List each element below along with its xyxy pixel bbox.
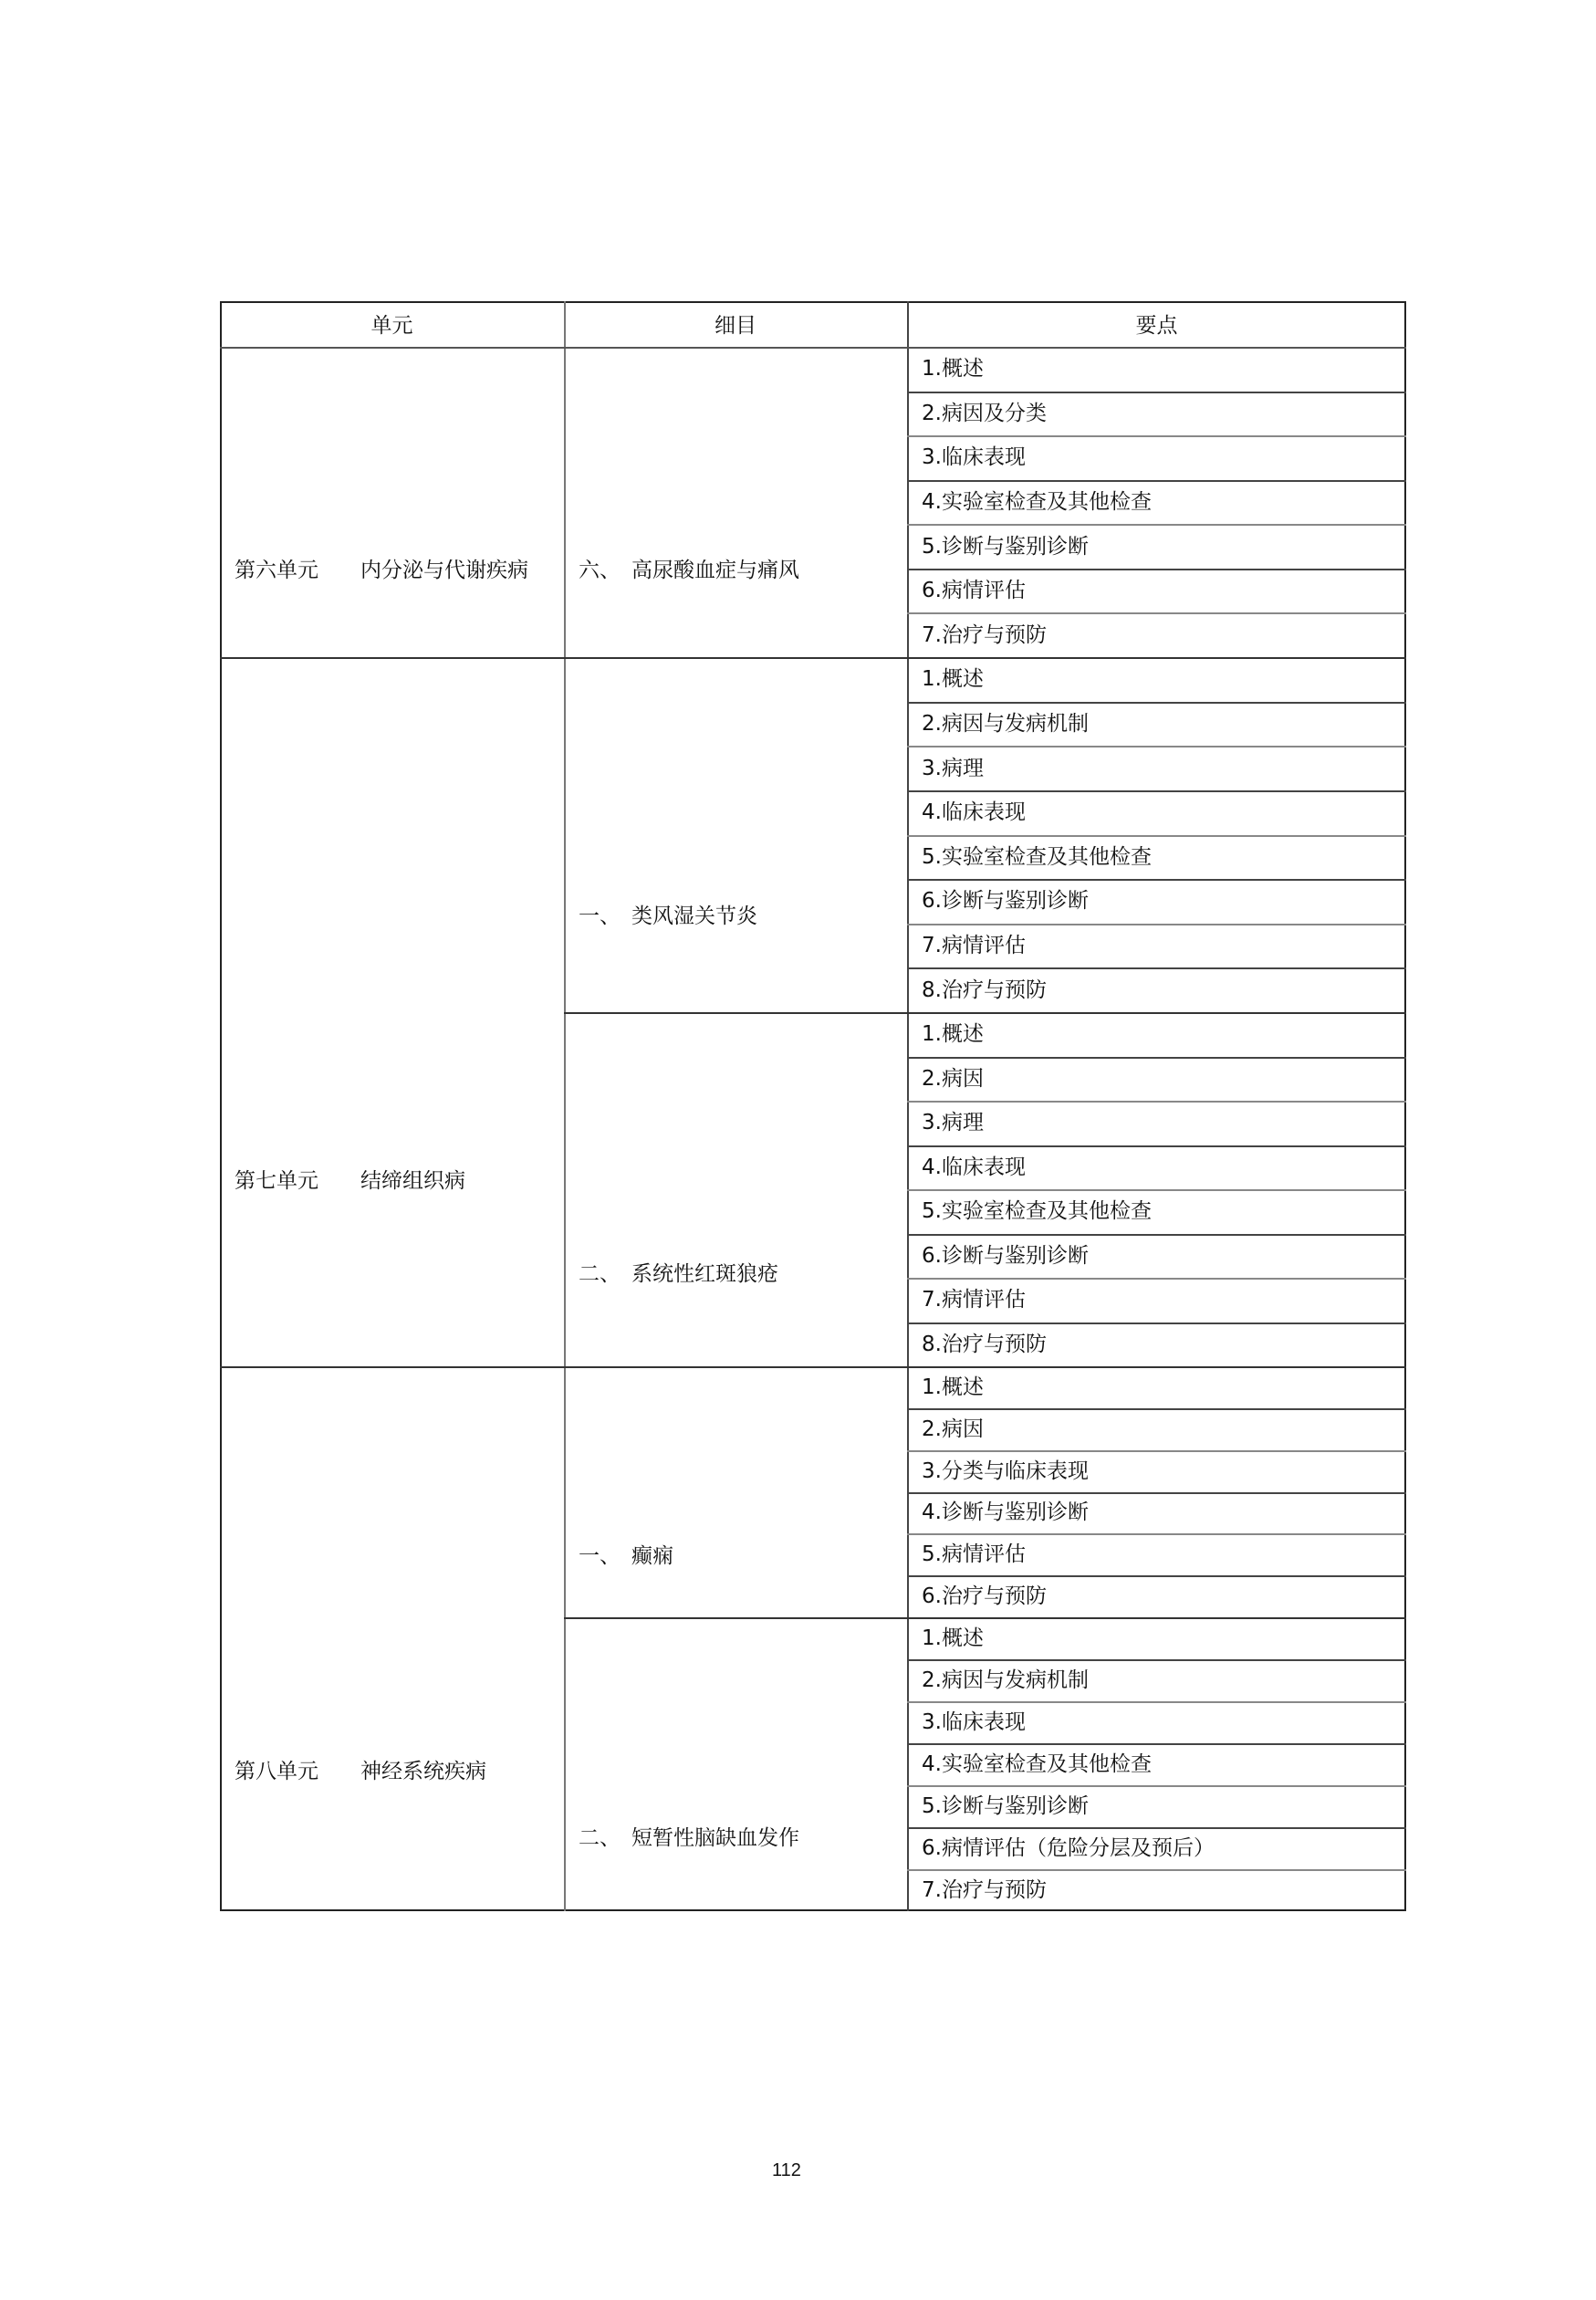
key-point: 6.治疗与预防	[922, 1583, 1047, 1610]
column-divider	[907, 301, 909, 1911]
point-divider	[907, 1701, 1406, 1703]
key-point: 4.诊断与鉴别诊断	[922, 1499, 1089, 1526]
key-point: 7.治疗与预防	[922, 1877, 1047, 1904]
point-divider	[907, 1492, 1406, 1494]
key-point: 1.概述	[922, 1374, 984, 1401]
point-divider	[907, 1659, 1406, 1661]
key-point: 3.临床表现	[922, 1709, 1026, 1736]
point-divider	[907, 1057, 1406, 1059]
point-divider	[907, 1575, 1406, 1577]
item-title: 癫痫	[631, 1542, 673, 1570]
point-divider	[907, 612, 1406, 614]
point-divider	[907, 1408, 1406, 1410]
item-number: 一、	[579, 1542, 621, 1570]
key-point: 4.临床表现	[922, 1154, 1026, 1181]
item-title: 系统性红斑狼疮	[631, 1260, 778, 1288]
syllabus-table	[220, 301, 1406, 1911]
unit-label: 第八单元 神经系统疾病	[235, 1758, 486, 1785]
key-point: 4.实验室检查及其他检查	[922, 1751, 1152, 1778]
key-point: 3.病理	[922, 755, 984, 782]
point-divider	[907, 835, 1406, 837]
key-point: 1.概述	[922, 665, 984, 693]
key-point: 3.病理	[922, 1109, 984, 1136]
point-divider	[907, 1827, 1406, 1829]
point-divider	[907, 1869, 1406, 1871]
item-title: 高尿酸血症与痛风	[631, 557, 799, 584]
header-divider	[220, 347, 1406, 349]
key-point: 2.病因	[922, 1416, 984, 1443]
point-divider	[907, 924, 1406, 925]
key-point: 7.病情评估	[922, 932, 1026, 959]
point-divider	[907, 790, 1406, 792]
key-point: 2.病因与发病机制	[922, 1667, 1089, 1694]
key-point: 7.病情评估	[922, 1286, 1026, 1313]
item-number: 二、	[579, 1824, 621, 1852]
key-point: 6.病情评估	[922, 577, 1026, 604]
item-number: 六、	[579, 557, 621, 584]
point-divider	[907, 1278, 1406, 1280]
item-divider	[564, 1617, 1406, 1619]
point-divider	[907, 480, 1406, 482]
key-point: 3.临床表现	[922, 444, 1026, 471]
point-divider	[907, 1743, 1406, 1745]
unit-label: 第六单元 内分泌与代谢疾病	[235, 557, 528, 584]
key-point: 1.概述	[922, 1625, 984, 1652]
item-title: 类风湿关节炎	[631, 903, 757, 930]
item-divider	[564, 1012, 1406, 1014]
key-point: 8.治疗与预防	[922, 977, 1047, 1004]
point-divider	[907, 1234, 1406, 1236]
point-divider	[907, 1785, 1406, 1787]
column-header: 细目	[564, 312, 907, 340]
key-point: 4.临床表现	[922, 799, 1026, 826]
item-number: 二、	[579, 1260, 621, 1288]
key-point: 5.实验室检查及其他检查	[922, 843, 1152, 871]
key-point: 8.治疗与预防	[922, 1331, 1047, 1358]
item-number: 一、	[579, 903, 621, 930]
point-divider	[907, 1189, 1406, 1191]
point-divider	[907, 392, 1406, 393]
point-divider	[907, 1533, 1406, 1535]
point-divider	[907, 746, 1406, 747]
key-point: 5.实验室检查及其他检查	[922, 1197, 1152, 1225]
point-divider	[907, 1450, 1406, 1452]
page-number: 112	[730, 2160, 843, 2181]
key-point: 5.病情评估	[922, 1541, 1026, 1568]
item-title: 短暂性脑缺血发作	[631, 1824, 799, 1852]
point-divider	[907, 1101, 1406, 1103]
key-point: 1.概述	[922, 1020, 984, 1048]
key-point: 6.病情评估（危险分层及预后）	[922, 1835, 1215, 1862]
key-point: 4.实验室检查及其他检查	[922, 488, 1152, 516]
key-point: 2.病因及分类	[922, 400, 1047, 427]
point-divider	[907, 524, 1406, 526]
key-point: 6.诊断与鉴别诊断	[922, 1242, 1089, 1270]
key-point: 7.治疗与预防	[922, 622, 1047, 649]
key-point: 3.分类与临床表现	[922, 1458, 1089, 1485]
column-divider	[564, 301, 566, 1911]
unit-divider	[220, 657, 1406, 659]
key-point: 5.诊断与鉴别诊断	[922, 533, 1089, 560]
unit-divider	[220, 1366, 1406, 1368]
point-divider	[907, 879, 1406, 881]
key-point: 2.病因	[922, 1065, 984, 1092]
point-divider	[907, 569, 1406, 570]
point-divider	[907, 1322, 1406, 1324]
point-divider	[907, 1145, 1406, 1147]
point-divider	[907, 967, 1406, 969]
key-point: 6.诊断与鉴别诊断	[922, 887, 1089, 915]
column-header: 要点	[907, 312, 1406, 340]
unit-label: 第七单元 结缔组织病	[235, 1167, 465, 1195]
point-divider	[907, 435, 1406, 437]
point-divider	[907, 702, 1406, 704]
key-point: 2.病因与发病机制	[922, 710, 1089, 737]
column-header: 单元	[220, 312, 564, 340]
key-point: 5.诊断与鉴别诊断	[922, 1793, 1089, 1820]
key-point: 1.概述	[922, 355, 984, 382]
